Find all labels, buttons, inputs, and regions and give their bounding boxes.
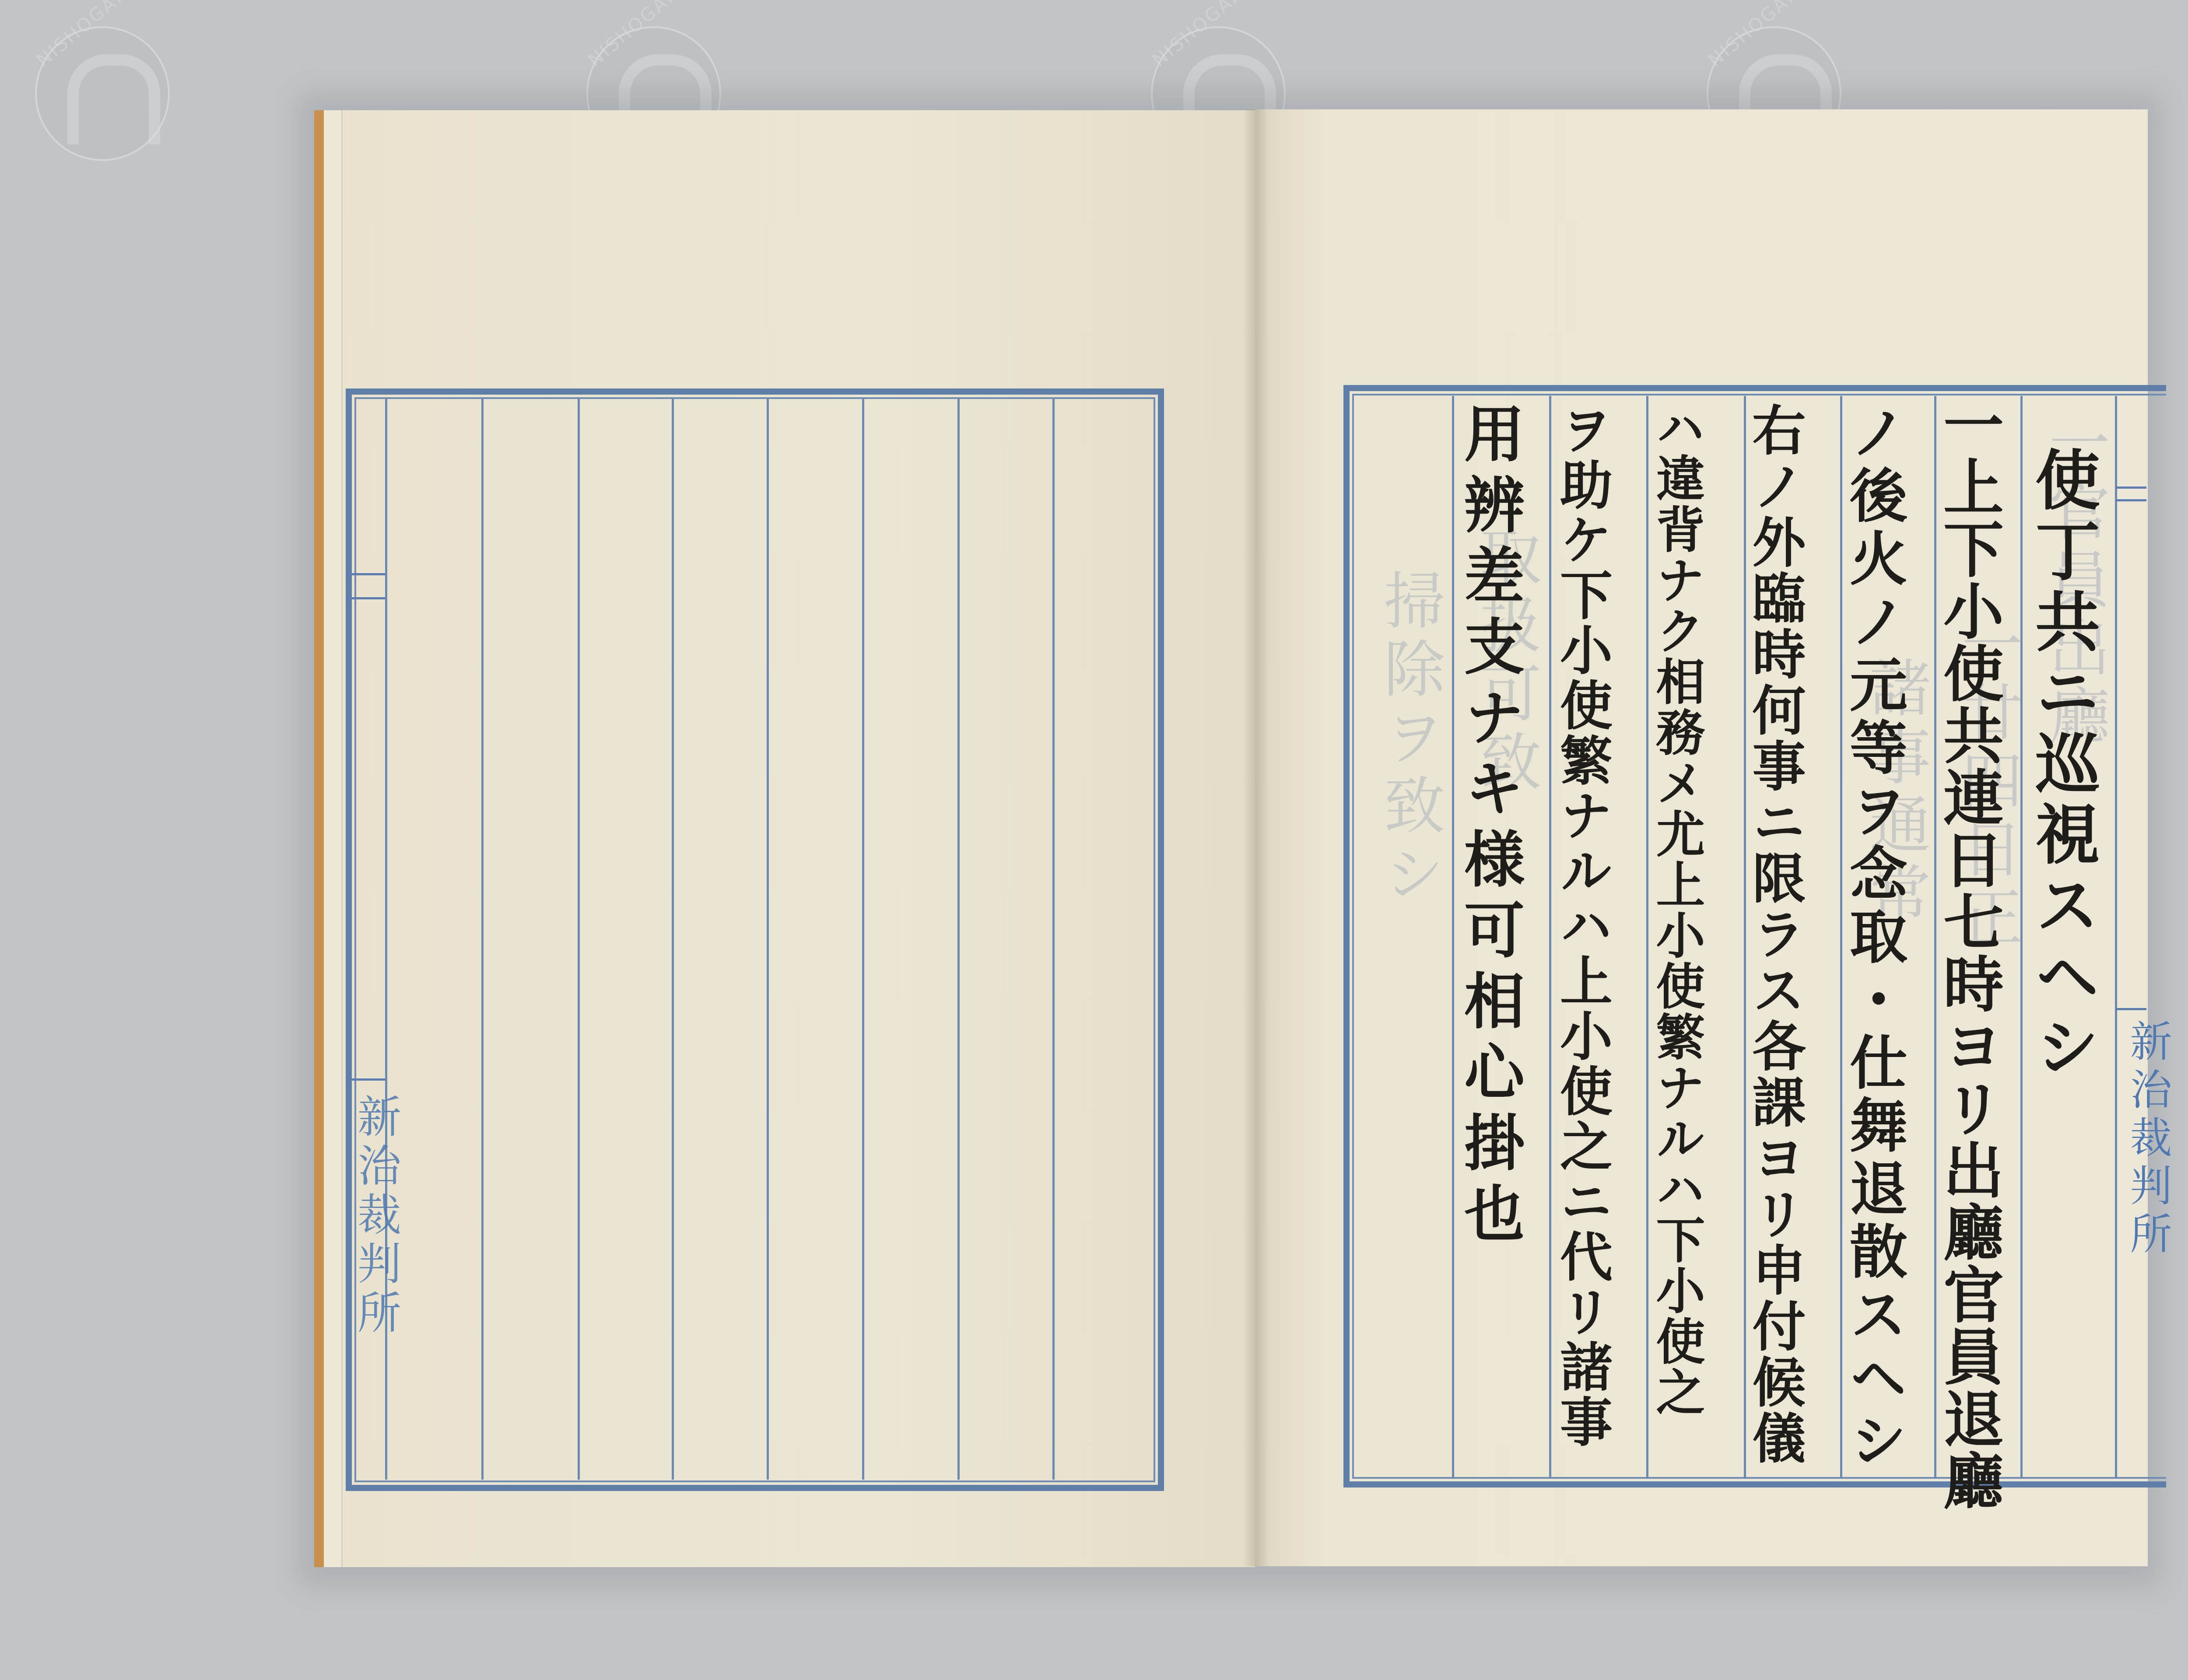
book-gutter (1243, 109, 1269, 1566)
text-column-4: 右ノ外臨時何事ニ限ラス各課ヨリ申付候儀 (1748, 402, 1802, 1466)
margin-rule (2116, 486, 2146, 489)
text-column-3: ノ後火ノ元等ヲ念取・仕舞退散スヘシ (1844, 402, 1902, 1473)
text-column-5: ハ違背ナク相務メ尤上小使繁ナルハ下小使之 (1652, 402, 1701, 1417)
text-column-1: 使丁共ニ巡視スヘシ (2030, 446, 2095, 1084)
column-rule (1052, 399, 1055, 1480)
text-column-2: 一上下小使共連日七時ヨリ出廳官員退廳 (1939, 394, 1999, 1512)
left-page-inner-frame (354, 397, 1155, 1482)
column-rule (578, 399, 580, 1480)
margin-rule (346, 573, 385, 575)
right-margin-label: 新治裁判所 (2118, 1019, 2178, 1260)
logo-icon (67, 54, 160, 144)
column-rule (862, 399, 864, 1480)
column-rule (481, 399, 484, 1480)
text-column-6: ヲ助ケ下小使繁ナルハ上小使之ニ代リ諸事 (1556, 402, 1608, 1450)
watermark-logo: NISHOGAKUSHA (35, 26, 170, 161)
left-margin-label: 新治裁判所 (344, 1094, 407, 1339)
margin-rule (2116, 499, 2146, 501)
column-rule (957, 399, 960, 1480)
column-rule (672, 399, 674, 1480)
margin-rule (346, 597, 385, 599)
book-edge (314, 110, 324, 1567)
page-stack (324, 110, 343, 1567)
text-column-7: 用辨差支ナキ様可相心掛也 (1459, 402, 1520, 1253)
margin-rule (346, 1078, 385, 1081)
show-through-text: 掃除ヲ致シ (1365, 569, 1453, 910)
column-rule (767, 399, 769, 1480)
margin-rule (2116, 1008, 2146, 1010)
